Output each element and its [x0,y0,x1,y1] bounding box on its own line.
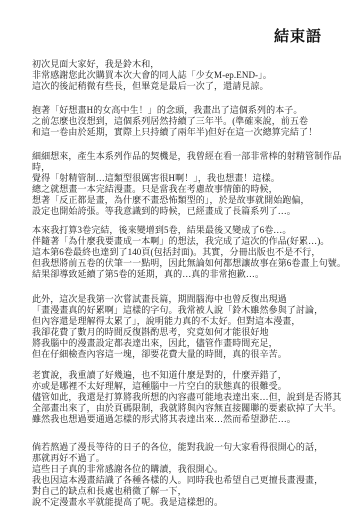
afterword-paragraph-self-doubt: 老實說，我重讀了好幾遍，也不知道什麼是對的，什麼弄錯了， 亦或是哪裡不太好理解，… [32,370,350,425]
afterword-body: 初次見面大家好，我是鈴木和， 非常感謝您此次購買本次大會的同人誌「少女M-ep.… [32,59,350,508]
afterword-paragraph-greeting: 初次見面大家好，我是鈴木和， 非常感謝您此次購買本次大會的同人誌「少女M-ep.… [32,59,350,92]
afterword-paragraph-volume-count: 本來我打算3卷完結，後來變增到5卷，結果最後又變成了6卷…。 伴隨著「為什麼我要… [32,225,350,280]
afterword-paragraph-inspiration: 細細想來，產生本系列作品的契機是，我曾經在看一部非常棒的射精管制作品時， 覺得「… [32,151,350,217]
afterword-page: 結束語 初次見面大家好，我是鈴木和， 非常感謝您此次購買本次大會的同人誌「少女M… [0,0,360,519]
page-title: 結束語 [274,25,322,46]
afterword-paragraph-series-origin: 抱著「好想畫H的女高中生！」的念頭，我畫出了這個系列的本子。 之前怎麼也沒想到，… [32,105,350,138]
afterword-paragraph-long-serial-struggle: 此外，這次是我第一次嘗試畫長篇，期間腦海中也曾反復出現過 「畫漫畫真的好累啊」這… [32,294,350,360]
afterword-paragraph-thanks: 倘若熬過了漫長等待的日子的各位，能對我說一句大家看得很開心的話， 那就再好不過了… [32,442,350,508]
